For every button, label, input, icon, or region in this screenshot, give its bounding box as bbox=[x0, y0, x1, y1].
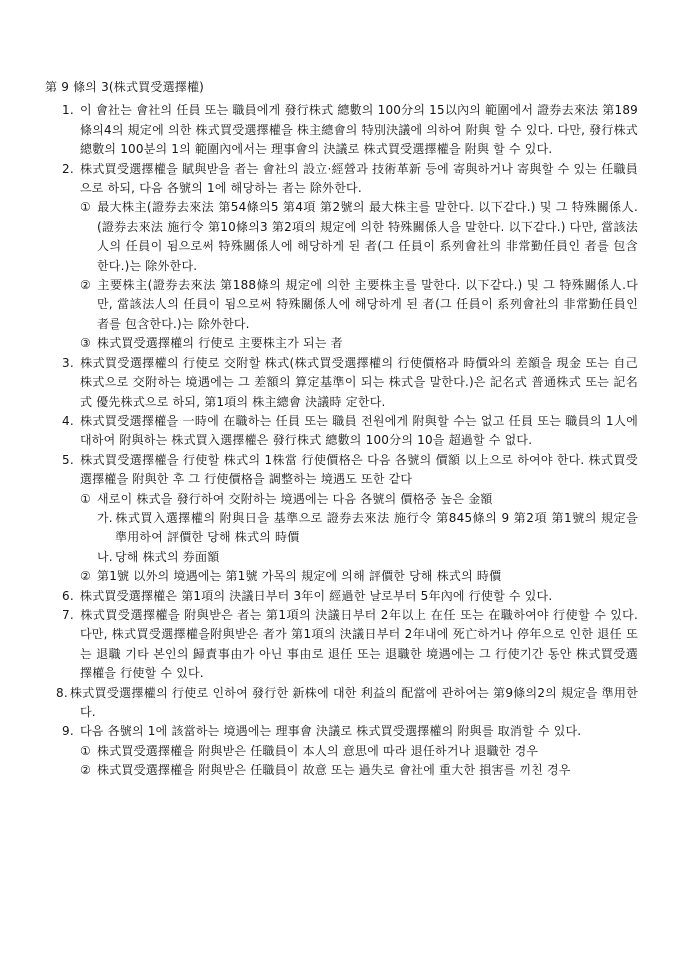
article-subitem: ②株式買受選擇權을 附與받은 任職員이 故意 또는 過失로 會社에 重大한 損害… bbox=[45, 761, 638, 780]
item-marker: ① bbox=[80, 742, 97, 761]
item-marker: ① bbox=[80, 198, 97, 217]
article-item: 3.株式買受選擇權의 行使로 交附할 株式(株式買受選擇權의 行使價格과 時價와… bbox=[45, 354, 638, 412]
article-item: 9.다음 各號의 1에 該當하는 境遇에는 理事會 決議로 株式買受選擇權의 附… bbox=[45, 722, 638, 741]
article-item: 1.이 會社는 會社의 任員 또는 職員에게 發行株式 總數의 100分의 15… bbox=[45, 101, 638, 159]
article-subitem: ③株式買受選擇權의 行使로 主要株主가 되는 者 bbox=[45, 334, 638, 353]
item-text: 株式買受選擇權을 一時에 在職하는 任員 또는 職員 전원에게 附與할 수는 없… bbox=[80, 414, 638, 447]
article-subitem: ①새로이 株式을 發行하여 交附하는 境遇에는 다음 各號의 價格중 높은 金額 bbox=[45, 490, 638, 509]
article-subitem: ②第1號 以外의 境遇에는 第1號 가목의 規定에 의해 評價한 당해 株式의 … bbox=[45, 567, 638, 586]
article-item: 4.株式買受選擇權을 一時에 在職하는 任員 또는 職員 전원에게 附與할 수는… bbox=[45, 412, 638, 451]
item-text: 株式買受選擇權의 行使로 主要株主가 되는 者 bbox=[97, 336, 343, 350]
item-text: 株式買受選擇權을 附與받은 者는 第1項의 決議日부터 2年以上 在任 또는 在… bbox=[80, 608, 638, 680]
item-marker: 가. bbox=[97, 509, 115, 528]
item-text: 株式買受選擇權을 附與받은 任職員이 故意 또는 過失로 會社에 重大한 損害를… bbox=[97, 763, 571, 777]
document-page: 第 9 條의 3(株式買受選擇權) 1.이 會社는 會社의 任員 또는 職員에게… bbox=[45, 78, 638, 781]
item-text: 主要株主(證券去來法 第188條의 規定에 의한 主要株主를 말한다. 以下같다… bbox=[97, 278, 638, 331]
item-text: 株式買入選擇權의 附與日을 基準으로 證券去來法 施行令 第845條의 9 第2… bbox=[115, 511, 638, 544]
item-marker: ③ bbox=[80, 334, 97, 353]
article-subitem: ②主要株主(證券去來法 第188條의 規定에 의한 主要株主를 말한다. 以下같… bbox=[45, 276, 638, 334]
item-text: 株式買受選擇權의 行使로 交附할 株式(株式買受選擇權의 行使價格과 時價와의 … bbox=[80, 356, 638, 409]
item-text: 株式買受選擇權을 賦與받을 者는 會社의 設立·經營과 技術革新 등에 寄與하거… bbox=[80, 162, 638, 195]
article-subitem: ①最大株主(證券去來法 第54條의5 第4項 第2號의 最大株主를 말한다. 以… bbox=[45, 198, 638, 276]
item-text: 새로이 株式을 發行하여 交附하는 境遇에는 다음 各號의 價格중 높은 金額 bbox=[97, 492, 493, 506]
item-marker: 4. bbox=[62, 412, 80, 431]
item-text: 株式買受選擇權을 附與받은 任職員이 本人의 意思에 따라 退任하거나 退職한 … bbox=[97, 744, 538, 758]
item-marker: 1. bbox=[62, 101, 80, 120]
item-marker: ② bbox=[80, 276, 97, 295]
article-subitem: ①株式買受選擇權을 附與받은 任職員이 本人의 意思에 따라 退任하거나 退職한… bbox=[45, 742, 638, 761]
item-marker: 7. bbox=[62, 606, 80, 625]
item-text: 이 會社는 會社의 任員 또는 職員에게 發行株式 總數의 100分의 15以內… bbox=[80, 103, 638, 156]
item-marker: 2. bbox=[62, 160, 80, 179]
item-marker: ② bbox=[80, 567, 97, 586]
item-text: 株式買受選擇權을 行使할 株式의 1株當 行使價格은 다음 各號의 價額 以上으… bbox=[80, 453, 638, 486]
item-text: 株式買受選擇權의 行使로 인하여 發行한 新株에 대한 利益의 配當에 관하여는… bbox=[70, 686, 638, 719]
item-marker: 8. bbox=[56, 684, 68, 703]
item-text: 다음 各號의 1에 該當하는 境遇에는 理事會 決議로 株式買受選擇權의 附與를… bbox=[80, 724, 581, 738]
article-body: 1.이 會社는 會社의 任員 또는 職員에게 發行株式 總數의 100分의 15… bbox=[45, 101, 638, 780]
item-marker: 3. bbox=[62, 354, 80, 373]
item-marker: ① bbox=[80, 490, 97, 509]
item-text: 第1號 以外의 境遇에는 第1號 가목의 規定에 의해 評價한 당해 株式의 時… bbox=[97, 569, 501, 583]
item-text: 最大株主(證券去來法 第54條의5 第4項 第2號의 最大株主를 말한다. 以下… bbox=[97, 200, 638, 272]
item-marker: ② bbox=[80, 761, 97, 780]
item-marker: 나. bbox=[97, 548, 115, 567]
item-marker: 9. bbox=[62, 722, 80, 741]
article-item: 8.株式買受選擇權의 行使로 인하여 發行한 新株에 대한 利益의 配當에 관하… bbox=[45, 684, 638, 723]
article-subitem: 가.株式買入選擇權의 附與日을 基準으로 證券去來法 施行令 第845條의 9 … bbox=[45, 509, 638, 548]
article-item: 2.株式買受選擇權을 賦與받을 者는 會社의 設立·經營과 技術革新 등에 寄與… bbox=[45, 160, 638, 199]
item-text: 당해 株式의 券面額 bbox=[115, 550, 219, 564]
article-title: 第 9 條의 3(株式買受選擇權) bbox=[45, 78, 638, 97]
item-marker: 6. bbox=[62, 587, 80, 606]
article-item: 5.株式買受選擇權을 行使할 株式의 1株當 行使價格은 다음 各號의 價額 以… bbox=[45, 451, 638, 490]
article-item: 7.株式買受選擇權을 附與받은 者는 第1項의 決議日부터 2年以上 在任 또는… bbox=[45, 606, 638, 684]
article-subitem: 나.당해 株式의 券面額 bbox=[45, 548, 638, 567]
item-marker: 5. bbox=[62, 451, 80, 470]
item-text: 株式買受選擇權은 第1項의 決議日부터 3年이 經過한 날로부터 5年內에 行使… bbox=[80, 589, 552, 603]
article-item: 6.株式買受選擇權은 第1項의 決議日부터 3年이 經過한 날로부터 5年內에 … bbox=[45, 587, 638, 606]
